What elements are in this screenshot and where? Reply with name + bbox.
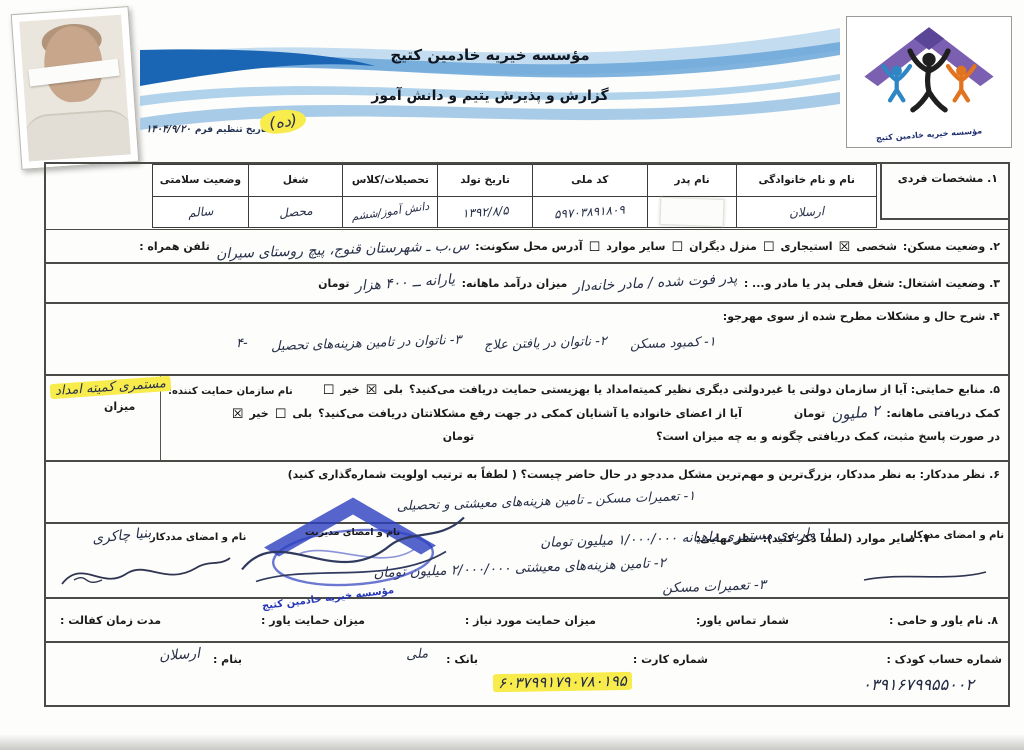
problem-3: ۳- ناتوان در تامین هزینه‌های تحصیل (271, 333, 462, 355)
section1-title-cell: ۱. مشخصات فردی (880, 164, 1008, 220)
value-national-id: ۵۹۷۰۳۸۹۱۸۰۹ (554, 202, 626, 221)
income-unit: تومان (318, 277, 349, 290)
amount-side-label: میزان (104, 400, 135, 413)
header-banner: مؤسسه خیریه خادمین کتیج گزارش و پذیرش یت… (140, 22, 840, 134)
value-fullname: ارسلان (789, 204, 825, 220)
col-father-name: نام پدر (674, 174, 709, 186)
redaction-patch (660, 197, 725, 227)
supporter-support-label: میزان حمایت یاور : (261, 614, 365, 627)
section5-q1-label: ۵. منابع حمایتی: آیا از سازمان دولتی یا … (409, 383, 1000, 396)
section8-row: ۸. نام یاور و حامی : شمار تماس یاور: میز… (46, 599, 1008, 643)
scanned-form-page: مؤسسه خیریه خادمین کتیج گزارش و پذیرش یت… (0, 0, 1024, 750)
final-item-2: ۲- تامین هزینه‌های معیشتی ۲/۰۰۰/۰۰۰ میلی… (266, 555, 666, 585)
value-education: دانش آموز/ششم (351, 200, 431, 224)
photo-shirt (22, 108, 131, 161)
wave-graphic-icon (140, 22, 840, 134)
section4-label: ۴. شرح حال و مشکلات مطرح شده از سوی مهرج… (723, 310, 1000, 323)
final-item-3: ۳- تعمیرات مسکن (586, 577, 766, 599)
worker-sign-label-right: نام و امضای مددکار (908, 530, 1004, 541)
personal-info-header-row: نام و نام خانوادگی نام پدر کد ملی تاریخ … (153, 165, 876, 197)
section3-row: ۳. وضعیت اشتغال: شغل فعلی پدر یا مادر و.… (46, 264, 1008, 304)
col-national-id: کد ملی (571, 174, 608, 186)
address-value: س.ب ـ شهرستان قنوج، پیچ روستای سیران (216, 238, 470, 263)
monthly-aid-label: کمک دریافتی ماهانه: (886, 407, 1000, 420)
col-education: تحصیلات/کلاس (352, 174, 429, 186)
problems-list: ۱- کمبود مسکن ۲- ناتوان در یافتن علاج ۳-… (236, 336, 716, 351)
photo-background (19, 15, 131, 162)
col-job: شغل (283, 174, 309, 186)
q2-no-checkbox-checked-icon: ☒ (232, 407, 244, 422)
problem-4: -۴ (236, 336, 248, 351)
in-name-of-value: ارسلان (158, 646, 200, 665)
child-account-label: شماره حساب کودک : (886, 653, 1002, 666)
value-health: سالم (187, 204, 213, 220)
supporting-org-label: نام سازمان حمایت کننده: (168, 386, 293, 397)
monthly-aid-unit: تومان (794, 407, 825, 420)
q1-no-label: خیر (340, 383, 359, 396)
card-number-label: شماره کارت : (633, 653, 708, 666)
section1-title: ۱. مشخصات فردی (898, 172, 998, 185)
needed-support-label: میزان حمایت مورد نیاز : (465, 614, 596, 627)
q3-unit: تومان (443, 430, 474, 443)
sponsorship-duration-label: مدت زمان کفالت : (60, 614, 161, 627)
logo-caption: مؤسسه خیریه خادمین کتیج (847, 124, 1011, 144)
section2-label: ۲. وضعیت مسکن: (903, 240, 1000, 253)
worker-signature (54, 550, 244, 594)
section1-row: ۱. مشخصات فردی نام و نام خانوادگی نام پد… (46, 164, 1008, 230)
scan-edge-shadow (0, 734, 1024, 750)
income-label: میزان درآمد ماهانه: (462, 277, 568, 290)
q2-no-label: خیر (249, 407, 268, 420)
section3-label: ۳. وضعیت اشتغال: شغل فعلی پدر یا مادر و.… (744, 277, 1000, 290)
q1-no-checkbox-icon: ☐ (323, 383, 335, 398)
option-personal: شخصی (856, 240, 897, 253)
personal-info-table: نام و نام خانوادگی نام پدر کد ملی تاریخ … (152, 164, 877, 228)
value-job: محصل (278, 203, 313, 220)
org-logo: مؤسسه خیریه خادمین کتیج (846, 16, 1012, 148)
form-date-line: تاریخ تنظیم فرم ۱۴۰۴/۹/۲۰ (146, 124, 268, 135)
option-rental: استیجاری (781, 240, 833, 253)
supporter-name-label: ۸. نام یاور و حامی : (889, 614, 998, 627)
value-birth-date: ۱۳۹۲/۸/۵ (461, 203, 509, 220)
problem-2: ۲- ناتوان در یافتن علاج (484, 334, 607, 353)
worker-sign-label: نام و امضای مددکار (150, 532, 246, 543)
q1-yes-label: بلی (383, 383, 403, 396)
problem-1: ۱- کمبود مسکن (630, 335, 716, 353)
card-number-value: ۶۰۳۷۹۹۱۷۹۰۷۸۰۱۹۵ (493, 672, 632, 692)
q2-yes-checkbox-icon: ☐ (275, 407, 287, 422)
section9-row: شماره حساب کودک : ۰۳۹۱۶۷۹۹۵۵۰۰۲ شماره کا… (46, 643, 1008, 709)
option-others-home: منزل دیگران (689, 240, 757, 253)
section2-row: ۲. وضعیت مسکن: شخصی ☒ استیجاری ☐ منزل دی… (46, 230, 1008, 264)
checkbox-other-icon: ☐ (589, 240, 601, 255)
form-table: ۱. مشخصات فردی نام و نام خانوادگی نام پد… (44, 162, 1010, 707)
checkbox-personal-checked-icon: ☒ (839, 240, 851, 255)
child-account-value: ۰۳۹۱۶۷۹۹۵۵۰۰۲ (862, 675, 974, 694)
worker-signature-stroke (860, 566, 990, 586)
section5-q2-label: آیا از اعضای خانواده یا آشنایان کمکی در … (318, 407, 742, 420)
form-date-value: ۱۴۰۴/۹/۲۰ (146, 124, 191, 135)
org-logo-icon (853, 19, 1005, 119)
section6-label: ۶. نظر مددکار: به نظر مددکار، بزرگ‌ترین … (288, 468, 1000, 481)
student-photo (11, 6, 140, 170)
bank-label: بانک : (446, 653, 478, 666)
in-name-of-label: بنام : (213, 653, 242, 666)
supporter-contact-label: شمار تماس یاور: (696, 614, 789, 627)
org-name-title: مؤسسه خیریه خادمین کتیج (140, 46, 840, 64)
section5-row: ۵. منابع حمایتی: آیا از سازمان دولتی یا … (46, 376, 1008, 462)
personal-info-value-row: ارسلان ۵۹۷۰۳۸۹۱۸۰۹ ۱۳۹۲/۸/۵ دانش آموز/شش… (153, 197, 876, 228)
option-other: سایر موارد (606, 240, 665, 253)
col-fullname: نام و نام خانوادگی (758, 174, 854, 186)
q2-yes-label: بلی (292, 407, 312, 420)
checkbox-rental-icon: ☐ (763, 240, 775, 255)
phone-label: تلفن همراه : (139, 240, 210, 253)
section6-row: ۶. نظر مددکار: به نظر مددکار، بزرگ‌ترین … (46, 462, 1008, 524)
parent-job-value: پدر فوت شده / مادر خانه‌دار (573, 271, 738, 296)
section5-q3-label: در صورت پاسخ مثبت، کمک دریافتی چگونه و ب… (656, 430, 1000, 443)
address-label: آدرس محل سکونت: (475, 240, 582, 253)
worker-opinion-note: ۱- تعمیرات مسکن ـ تامین هزینه‌های معیشتی… (366, 488, 726, 516)
section4-row: ۴. شرح حال و مشکلات مطرح شده از سوی مهرج… (46, 304, 1008, 376)
checkbox-others-home-icon: ☐ (671, 240, 683, 255)
col-birth-date: تاریخ تولد (460, 174, 510, 186)
bank-value: ملی (405, 646, 428, 663)
section7-row: نام و امضای مددکار ۷. سایر موارد (لطفا ذ… (46, 524, 1008, 599)
col-health: وضعیت سلامتی (160, 174, 241, 186)
form-title: گزارش و پذیرش یتیم و دانش آموز (140, 88, 840, 104)
manager-sign-label: نام و امضای مدیریت (305, 527, 400, 538)
income-value: یارانه ــ ۴۰۰ هزار (355, 272, 456, 295)
form-date-label: تاریخ تنظیم فرم (195, 125, 268, 135)
q1-yes-checkbox-checked-icon: ☒ (366, 383, 378, 398)
